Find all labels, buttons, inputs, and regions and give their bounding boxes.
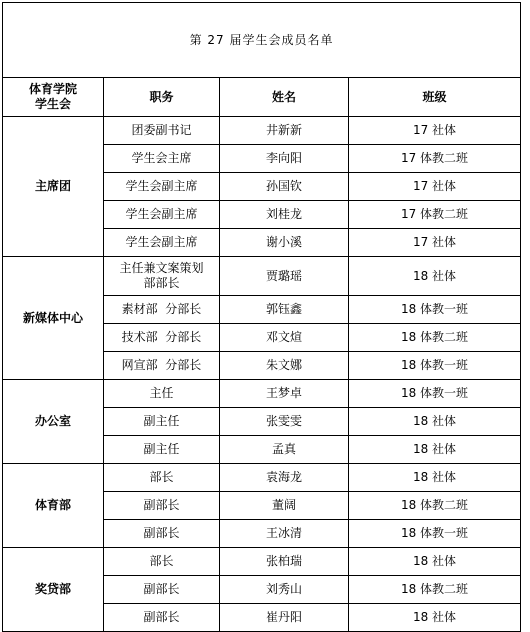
position-cell: 副主任: [104, 408, 220, 436]
department-cell: 办公室: [3, 380, 104, 464]
name-cell: 郭钰鑫: [220, 296, 349, 324]
class-cell: 18 社体: [349, 408, 521, 436]
position-cell: 素材部 分部长: [104, 296, 220, 324]
department-cell: 新媒体中心: [3, 257, 104, 380]
class-cell: 18 社体: [349, 257, 521, 296]
position-cell: 副部长: [104, 576, 220, 604]
table-row: 新媒体中心 主任兼文案策划 部部长 贾璐瑶 18 社体: [3, 257, 521, 296]
name-cell: 张雯雯: [220, 408, 349, 436]
class-cell: 18 体教二班: [349, 492, 521, 520]
name-cell: 刘桂龙: [220, 201, 349, 229]
position-cell: 学生会副主席: [104, 173, 220, 201]
position-cell: 主任兼文案策划 部部长: [104, 257, 220, 296]
name-cell: 孙国钦: [220, 173, 349, 201]
table-row: 体育部 部长 袁海龙 18 社体: [3, 464, 521, 492]
header-row: 体育学院 学生会 职务 姓名 班级: [3, 78, 521, 117]
student-union-roster-table: 第 27 届学生会成员名单 体育学院 学生会 职务 姓名 班级 主席团 团委副书…: [2, 2, 521, 632]
class-cell: 18 体教二班: [349, 576, 521, 604]
class-cell: 17 体教二班: [349, 201, 521, 229]
position-cell: 副主任: [104, 436, 220, 464]
name-cell: 王梦卓: [220, 380, 349, 408]
name-cell: 井新新: [220, 117, 349, 145]
header-name: 姓名: [220, 78, 349, 117]
department-cell: 体育部: [3, 464, 104, 548]
header-department: 体育学院 学生会: [3, 78, 104, 117]
position-cell: 主任: [104, 380, 220, 408]
position-line1: 主任兼文案策划: [104, 261, 219, 276]
document-title: 第 27 届学生会成员名单: [3, 3, 521, 78]
position-cell: 副部长: [104, 520, 220, 548]
position-cell: 学生会副主席: [104, 229, 220, 257]
position-cell: 技术部 分部长: [104, 324, 220, 352]
class-cell: 18 体教一班: [349, 380, 521, 408]
header-department-line1: 体育学院: [3, 82, 103, 97]
department-cell: 主席团: [3, 117, 104, 257]
class-cell: 18 体教一班: [349, 352, 521, 380]
title-row: 第 27 届学生会成员名单: [3, 3, 521, 78]
header-position: 职务: [104, 78, 220, 117]
position-cell: 部长: [104, 464, 220, 492]
header-class: 班级: [349, 78, 521, 117]
position-cell: 学生会副主席: [104, 201, 220, 229]
name-cell: 刘秀山: [220, 576, 349, 604]
class-cell: 18 社体: [349, 436, 521, 464]
name-cell: 董阔: [220, 492, 349, 520]
name-cell: 张柏瑞: [220, 548, 349, 576]
class-cell: 17 体教二班: [349, 145, 521, 173]
table-row: 主席团 团委副书记 井新新 17 社体: [3, 117, 521, 145]
name-cell: 邓文煊: [220, 324, 349, 352]
position-cell: 网宣部 分部长: [104, 352, 220, 380]
class-cell: 17 社体: [349, 117, 521, 145]
department-cell: 奖贷部: [3, 548, 104, 632]
class-cell: 17 社体: [349, 173, 521, 201]
class-cell: 18 体教一班: [349, 296, 521, 324]
header-department-line2: 学生会: [3, 97, 103, 112]
class-cell: 18 体教二班: [349, 324, 521, 352]
position-cell: 副部长: [104, 604, 220, 632]
class-cell: 18 社体: [349, 464, 521, 492]
name-cell: 贾璐瑶: [220, 257, 349, 296]
name-cell: 谢小溪: [220, 229, 349, 257]
table-row: 奖贷部 部长 张柏瑞 18 社体: [3, 548, 521, 576]
class-cell: 18 社体: [349, 548, 521, 576]
name-cell: 崔丹阳: [220, 604, 349, 632]
table-row: 办公室 主任 王梦卓 18 体教一班: [3, 380, 521, 408]
position-line2: 部部长: [104, 276, 219, 291]
name-cell: 孟真: [220, 436, 349, 464]
class-cell: 17 社体: [349, 229, 521, 257]
name-cell: 袁海龙: [220, 464, 349, 492]
position-cell: 学生会主席: [104, 145, 220, 173]
name-cell: 朱文娜: [220, 352, 349, 380]
name-cell: 李向阳: [220, 145, 349, 173]
class-cell: 18 社体: [349, 604, 521, 632]
class-cell: 18 体教一班: [349, 520, 521, 548]
position-cell: 部长: [104, 548, 220, 576]
position-cell: 副部长: [104, 492, 220, 520]
name-cell: 王冰清: [220, 520, 349, 548]
position-cell: 团委副书记: [104, 117, 220, 145]
